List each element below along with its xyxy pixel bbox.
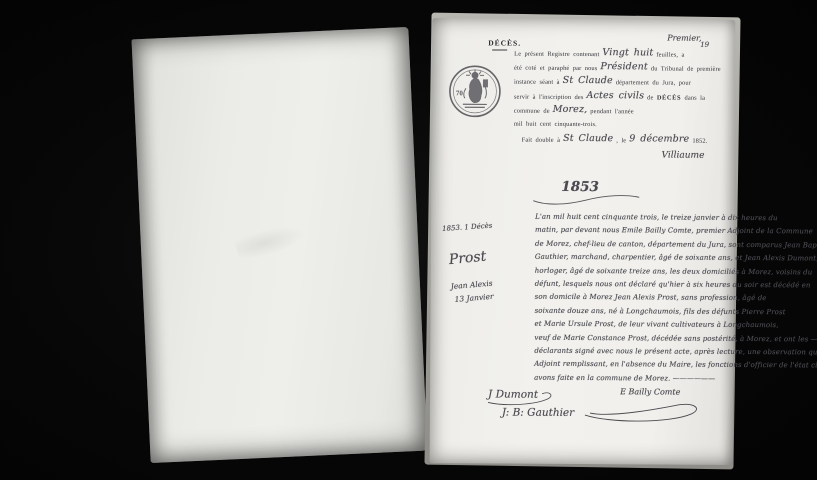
title-underline	[492, 49, 507, 50]
printed-text: été coté et paraphé par nous	[514, 65, 597, 73]
handwritten-date: 9 décembre	[629, 134, 689, 145]
witness2-signature: J: B: Gauthier	[502, 407, 574, 419]
certificate-dateline: Fait double àSt Claude, le9 décembre1852…	[522, 133, 739, 149]
printed-text: de	[647, 94, 653, 101]
officer-signature-flourish	[580, 393, 705, 433]
printed-text: instance séant à	[514, 79, 560, 86]
printed-deces-bold: DÉCÈS	[657, 94, 681, 101]
printed-text: Fait double à	[522, 137, 561, 144]
act-line: son domicile à Morez Jean Alexis Prost, …	[535, 291, 737, 306]
handwritten-acts: Actes civils	[587, 90, 645, 101]
certificate-line: été coté et paraphé par nousPrésidentdu …	[514, 61, 739, 77]
act-line: déclarants signé avec nous le présent ac…	[534, 345, 736, 360]
flourish-underline	[531, 191, 641, 213]
act-line: soixante douze ans, né à Longchaumois, f…	[535, 305, 737, 320]
folio-word: Premier,	[667, 34, 701, 43]
svg-text:70: 70	[456, 89, 464, 97]
witness1-signature: J Dumont	[488, 388, 538, 400]
certificate-line: mil huit cent cinquante-trois.	[514, 118, 739, 133]
printed-text: du Tribunal de première	[651, 66, 721, 73]
act-line: défunt, lesquels nous ont déclaré qu'hie…	[535, 278, 737, 293]
act-line: Gauthier, marchand, charpentier, âgé de …	[535, 251, 737, 266]
printed-text: Le présent Registre contenant	[514, 51, 599, 59]
handwritten-city: St Claude	[563, 133, 613, 144]
register-page: DÉCÈS. Premier, 19 70	[430, 18, 736, 465]
margin-deceased-surname: Prost	[448, 248, 487, 268]
register-certificate: Le présent Registre contenantVingt huitf…	[513, 47, 739, 162]
printed-text: mil huit cent cinquante-trois.	[514, 121, 597, 129]
certificate-line: instance séant àSt Claudedépartement du …	[514, 75, 739, 91]
act-line: veuf de Marie Constance Prost, décédée s…	[534, 331, 736, 346]
margin-deceased-given-name: Jean Alexis	[450, 279, 492, 291]
act-line: horloger, âgé de soixante treize ans, le…	[535, 264, 737, 279]
act-line: et Marie Ursule Prost, de leur vivant cu…	[534, 318, 736, 333]
certificate-line: servir à l'inscription desActes civilsde…	[514, 89, 739, 105]
certificate-line: Le présent Registre contenantVingt huitf…	[514, 47, 739, 63]
printed-text: pendant l'année	[590, 108, 634, 115]
printed-text: , le	[616, 137, 626, 144]
photo-background: DÉCÈS. Premier, 19 70	[0, 0, 817, 480]
printed-text: commune de	[514, 107, 550, 114]
margin-entry-label: 1853. 1 Décès	[442, 222, 493, 233]
handwritten-office: Président	[600, 61, 648, 72]
act-line: avons faite en la commune de Morez. ————…	[534, 372, 736, 387]
act-line: matin, par devant nous Emile Bailly Comt…	[535, 224, 737, 239]
handwritten-sheet-count: Vingt huit	[602, 47, 653, 58]
act-line: L'an mil huit cent cinquante trois, le t…	[535, 211, 737, 226]
printed-text: feuilles, a	[656, 51, 684, 58]
ink-smudge	[234, 220, 308, 263]
printed-text: servir à l'inscription des	[514, 93, 584, 100]
judge-signature: Villiaume	[661, 151, 738, 161]
handwritten-city: St Claude	[563, 75, 613, 86]
margin-entry-date: 13 Janvier	[454, 292, 494, 304]
blank-left-page	[132, 27, 428, 463]
printed-text: 1852.	[692, 138, 707, 145]
death-act-text: L'an mil huit cent cinquante trois, le t…	[534, 211, 737, 387]
printed-text: département du Jura, pour	[616, 80, 691, 87]
certificate-line: commune deMorez,pendant l'année	[514, 103, 739, 119]
act-line: de Morez, chef-lieu de canton, départeme…	[535, 238, 737, 253]
handwritten-commune: Morez,	[553, 104, 588, 115]
fiscal-stamp-icon: 70	[448, 64, 502, 118]
act-line: Adjoint remplissant, en l'absence du Mai…	[534, 358, 736, 373]
printed-text: dans la	[684, 94, 705, 101]
